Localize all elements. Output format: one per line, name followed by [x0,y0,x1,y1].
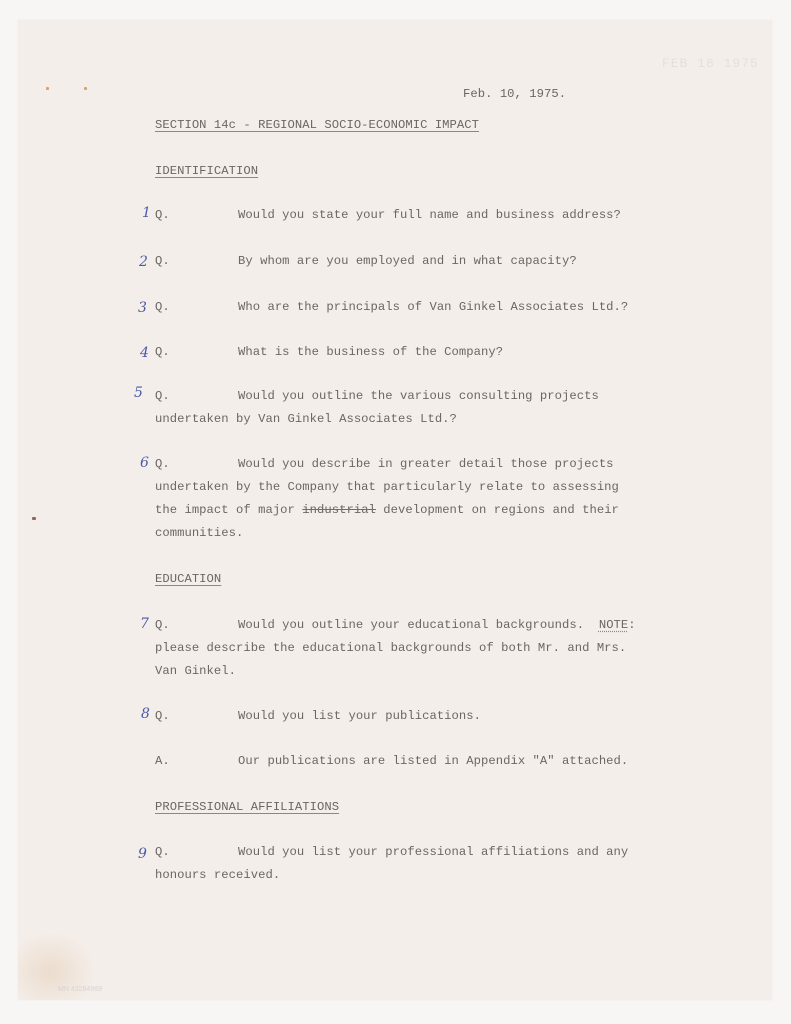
question-text: communities. [155,526,243,540]
heading-professional-affiliations: PROFESSIONAL AFFILIATIONS [155,800,339,814]
struck-word: industrial [302,503,376,517]
question-label: Q. [155,345,170,359]
question-text: the impact of major [155,503,302,517]
question-text: undertaken by the Company that particula… [155,480,619,494]
handwritten-number: 2 [139,254,148,270]
note-label: NOTE [599,618,628,632]
handwritten-number: 7 [140,616,149,632]
handwritten-number: 6 [140,455,149,471]
question-text: undertaken by Van Ginkel Associates Ltd.… [155,412,457,426]
document-date: Feb. 10, 1975. [463,87,566,101]
question-text: please describe the educational backgrou… [155,641,626,655]
question-label: Q. [155,389,170,403]
question-text: Would you list your professional affilia… [238,845,628,859]
question-label: Q. [155,845,170,859]
heading-identification: IDENTIFICATION [155,164,258,178]
answer-label: A. [155,754,170,768]
question-text: honours received. [155,868,280,882]
paper-speck [32,517,36,520]
question-label: Q. [155,208,170,222]
handwritten-number: 1 [142,205,151,221]
question-label: Q. [155,254,170,268]
handwritten-number: 4 [140,345,149,361]
question-text-line: Would you outline your educational backg… [238,618,636,632]
received-stamp: FEB 18 1975 [662,56,759,71]
question-label: Q. [155,300,170,314]
question-text: Would you outline your educational backg… [238,618,599,632]
question-text: Van Ginkel. [155,664,236,678]
question-text: What is the business of the Company? [238,345,503,359]
handwritten-number: 8 [141,706,150,722]
question-text: Would you describe in greater detail tho… [238,457,614,471]
question-label: Q. [155,709,170,723]
question-text-line: the impact of major industrial developme… [155,503,619,517]
question-text: development on regions and their [376,503,619,517]
question-text: Would you state your full name and busin… [238,208,621,222]
paper-speck [84,87,87,90]
section-title: SECTION 14c - REGIONAL SOCIO-ECONOMIC IM… [155,118,479,132]
answer-text: Our publications are listed in Appendix … [238,754,628,768]
paper-speck [46,87,49,90]
question-text: Would you outline the various consulting… [238,389,599,403]
heading-education: EDUCATION [155,572,221,586]
question-text: Who are the principals of Van Ginkel Ass… [238,300,628,314]
question-text: Would you list your publications. [238,709,481,723]
handwritten-number: 3 [138,300,147,316]
archive-label: MN 43284969 [58,986,102,993]
question-text: By whom are you employed and in what cap… [238,254,577,268]
handwritten-number: 5 [134,385,143,401]
handwritten-number: 9 [138,846,147,862]
question-label: Q. [155,618,170,632]
question-label: Q. [155,457,170,471]
question-text: : [628,618,635,632]
